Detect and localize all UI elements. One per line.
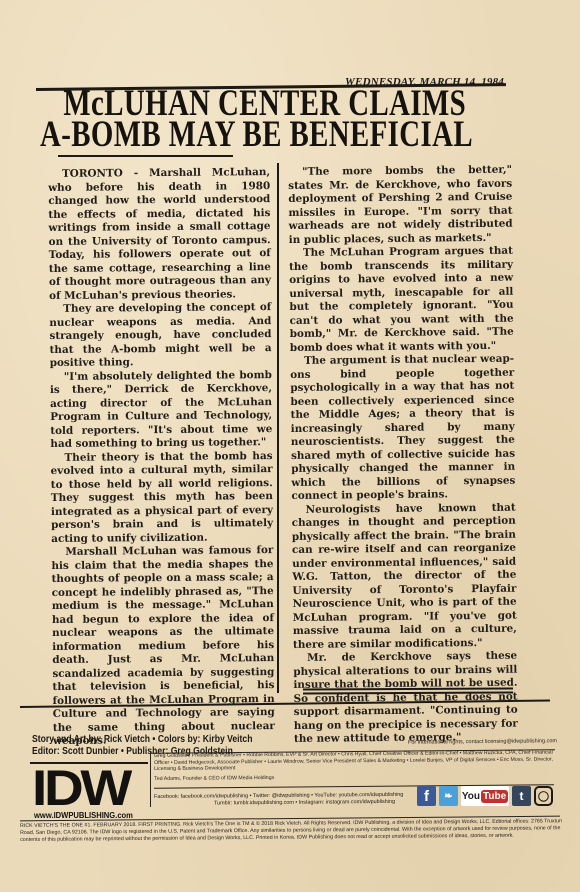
social-icons: f ❧ YouTube t ◯	[417, 786, 553, 806]
paragraph: "The more bombs the better," states Mr. …	[288, 164, 513, 247]
staff-names: Greg Goldstein, President & Publisher • …	[154, 750, 554, 773]
column-divider	[277, 163, 279, 693]
headline-rule	[58, 155, 233, 157]
twitter-icon[interactable]: ❧	[439, 786, 458, 806]
youtube-tube: Tube	[481, 790, 508, 803]
paragraph: "I'm absolutely delighted the bomb is th…	[50, 369, 273, 452]
social-links: Facebook: facebook.com/idwpublishing • T…	[154, 792, 414, 808]
headline: McLUHAN CENTER CLAIMS A-BOMB MAY BE BENE…	[40, 88, 407, 150]
headline-line-2: A-BOMB MAY BE BENEFICIAL	[40, 119, 407, 150]
paragraph: Mr. de Kerckhove says these physical alt…	[293, 650, 518, 747]
paragraph: Marshall McLuhan was famous for his clai…	[51, 544, 275, 748]
idw-logo-block: IDW www.IDWPUBLISHING.com	[30, 763, 148, 825]
youtube-icon[interactable]: YouTube	[461, 786, 509, 806]
rights-contact: For international rights, contact licens…	[408, 738, 557, 746]
staff-divider	[150, 752, 151, 807]
credits-line-1: Story and Art by: Rick Vietch • Colors b…	[32, 734, 252, 746]
article-column-left: TORONTO - Marshall McLuhan, who before h…	[48, 166, 275, 748]
paragraph: They are developing the concept of nucle…	[49, 301, 272, 370]
idw-logo: IDW	[32, 765, 129, 811]
staff-list: Greg Goldstein, President & Publisher • …	[154, 750, 554, 783]
instagram-icon[interactable]: ◯	[534, 786, 553, 806]
founder-line: Ted Adams, Founder & CEO of IDW Media Ho…	[154, 772, 554, 782]
tumblr-icon[interactable]: t	[512, 786, 531, 806]
paragraph: TORONTO - Marshall McLuhan, who before h…	[48, 166, 271, 303]
legal-notice: RICK VIETCH'S THE ONE #1. FEBRUARY 2018.…	[20, 818, 565, 844]
newspaper-page: WEDNESDAY, MARCH 14, 1984 McLUHAN CENTER…	[0, 0, 580, 892]
paragraph: The McLuhan Program argues that the bomb…	[289, 245, 514, 355]
youtube-you: You	[462, 791, 480, 802]
article-column-right: "The more bombs the better," states Mr. …	[288, 164, 518, 747]
paragraph: The argument is that nuclear weap­ons bi…	[290, 353, 516, 504]
paragraph: Neurologists have known that chang­es in…	[292, 501, 518, 652]
paragraph: Their theory is that the bomb has evolve…	[50, 450, 273, 546]
facebook-icon[interactable]: f	[417, 786, 436, 806]
